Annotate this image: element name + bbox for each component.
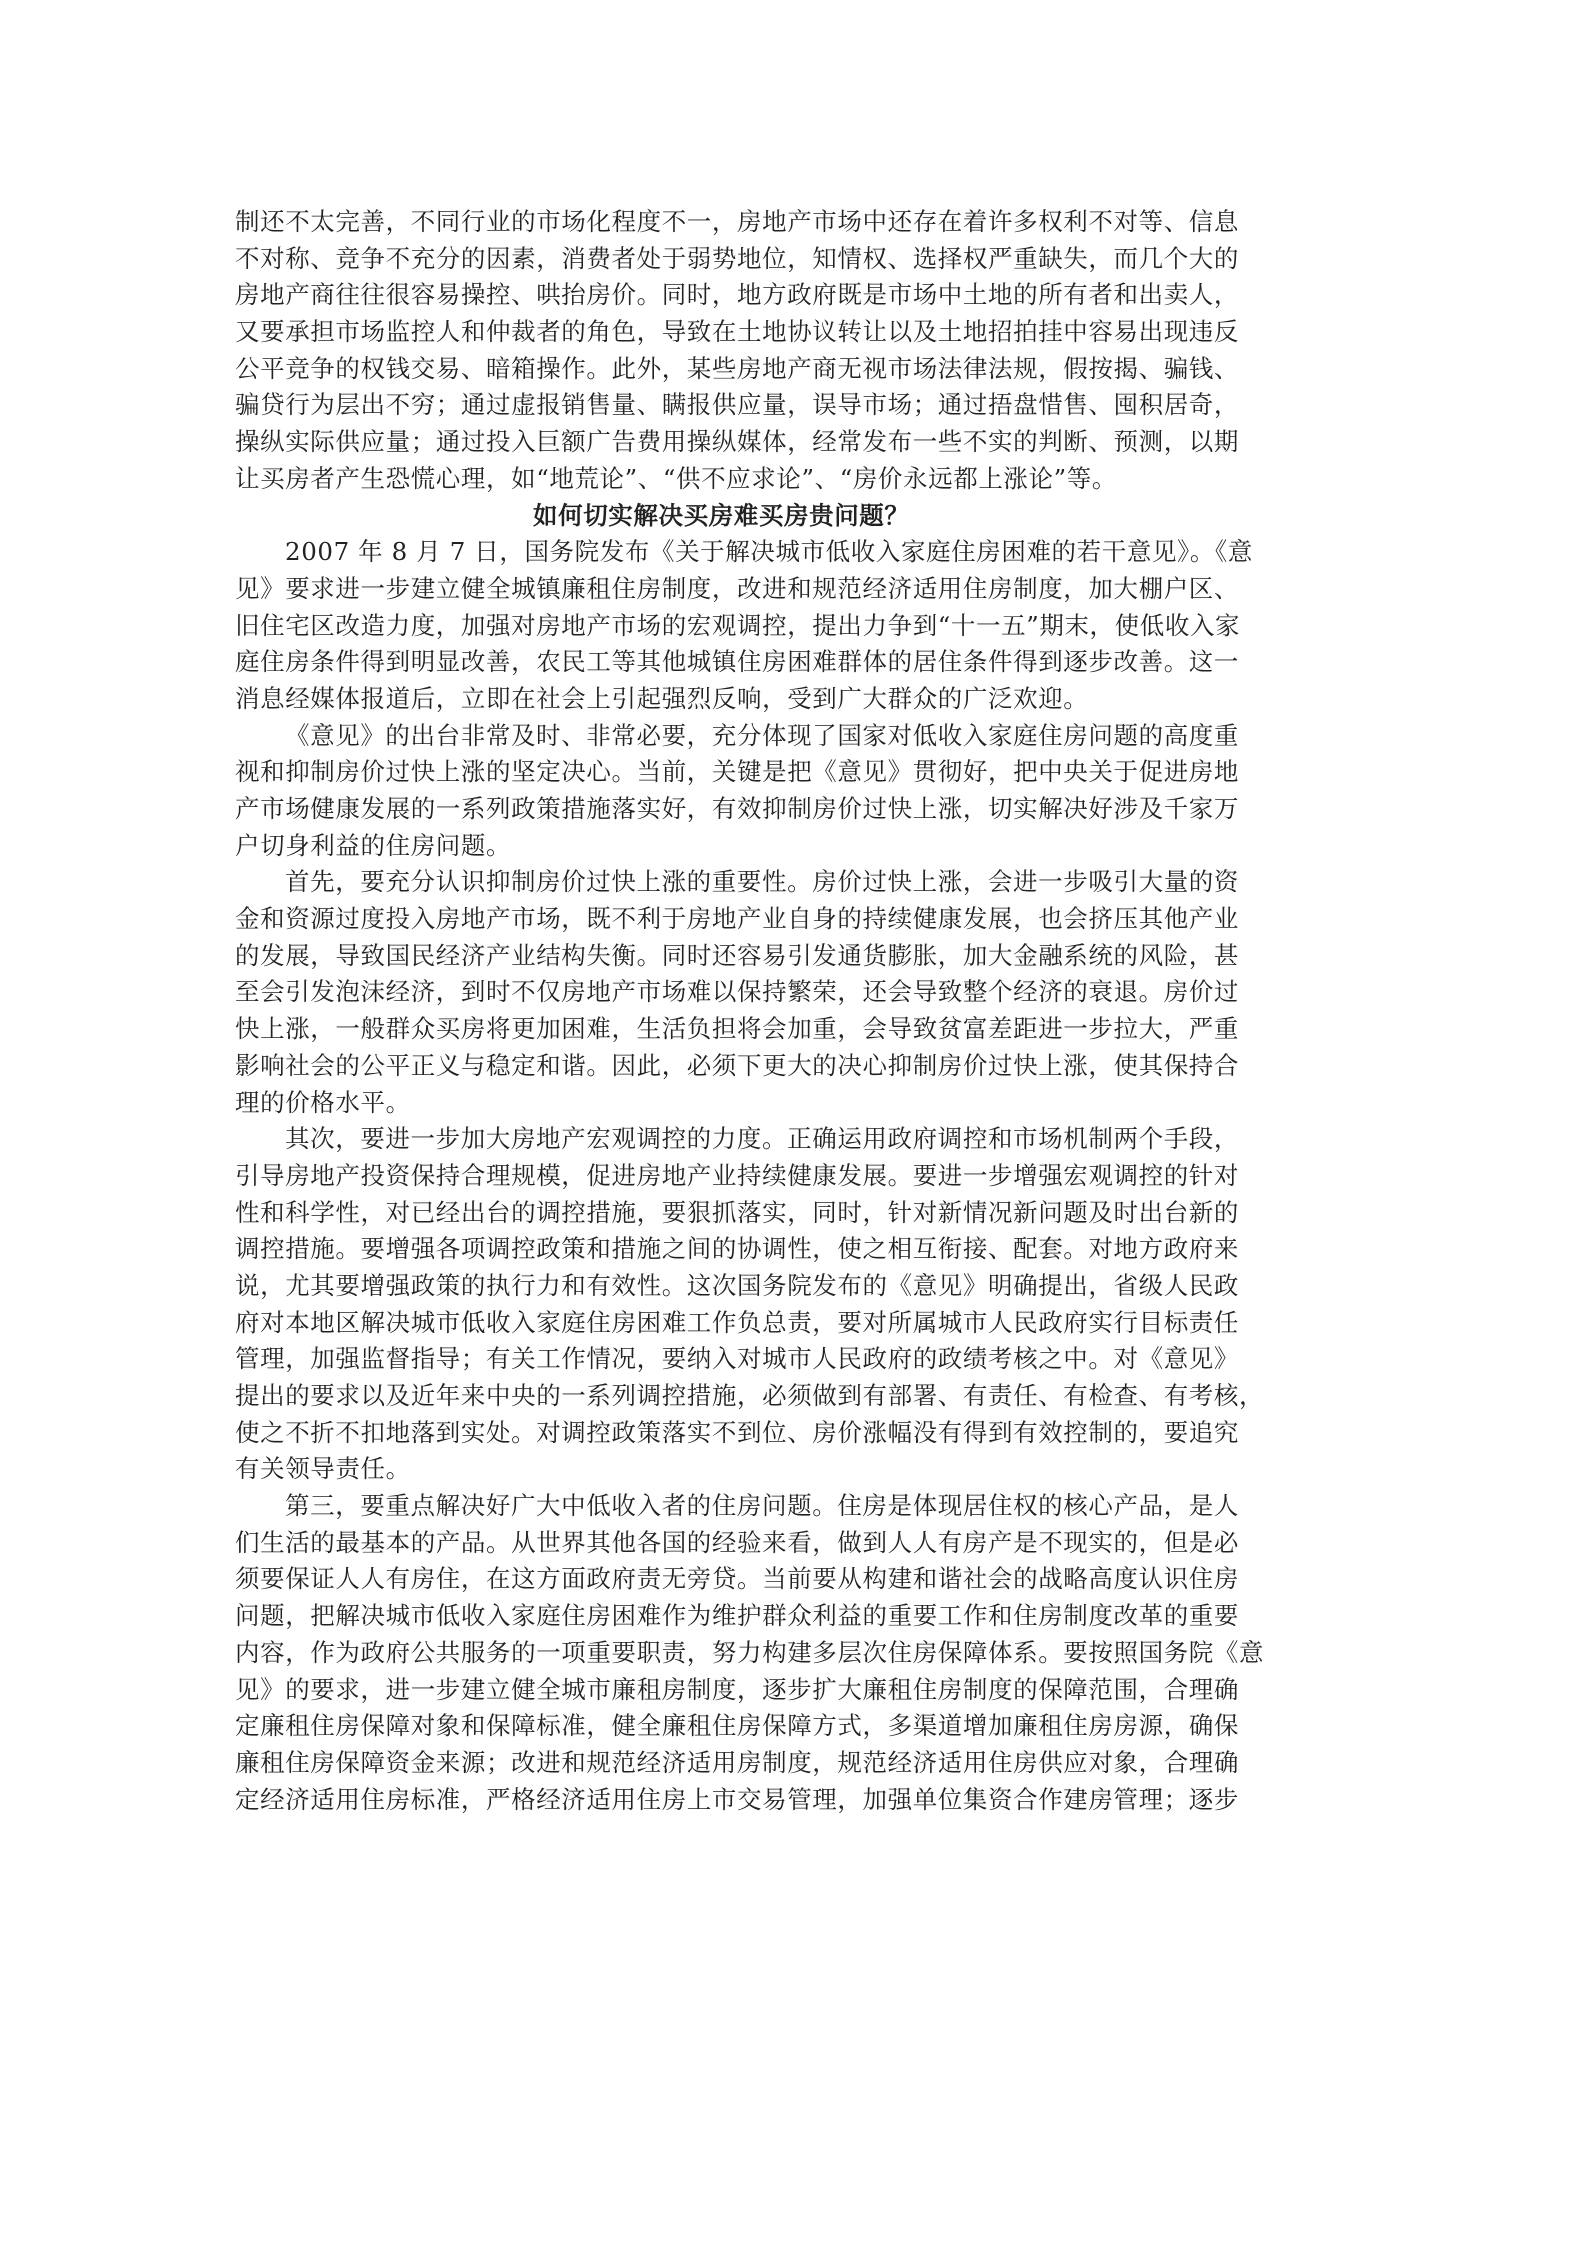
text-line: 调控措施。要增强各项调控政策和措施之间的协调性，使之相互衔接、配套。对地方政府来	[235, 1231, 1239, 1268]
paragraph: 制还不太完善，不同行业的市场化程度不一，房地产市场中还存在着许多权利不对等、信息…	[235, 204, 1239, 498]
text-line: 让买房者产生恐慌心理，如“地荒论”、“供不应求论”、“房价永远都上涨论”等。	[235, 461, 1239, 498]
paragraph: 其次，要进一步加大房地产宏观调控的力度。正确运用政府调控和市场机制两个手段， 引…	[235, 1121, 1239, 1488]
text-line: 提出的要求以及近年来中央的一系列调控措施，必须做到有部署、有责任、有检查、有考核…	[235, 1378, 1239, 1415]
text-line: 金和资源过度投入房地产市场，既不利于房地产业自身的持续健康发展，也会挤压其他产业	[235, 901, 1239, 938]
text-line: 说，尤其要增强政策的执行力和有效性。这次国务院发布的《意见》明确提出，省级人民政	[235, 1268, 1239, 1305]
text-line: 户切身利益的住房问题。	[235, 828, 1239, 865]
text-line: 有关领导责任。	[235, 1451, 1239, 1488]
text-line: 操纵实际供应量；通过投入巨额广告费用操纵媒体，经常发布一些不实的判断、预测，以期	[235, 424, 1239, 461]
text-line: 内容，作为政府公共服务的一项重要职责，努力构建多层次住房保障体系。要按照国务院《…	[235, 1635, 1239, 1672]
section-heading: 如何切实解决买房难买房贵问题？	[235, 498, 1239, 535]
text-line: 消息经媒体报道后，立即在社会上引起强烈反响，受到广大群众的广泛欢迎。	[235, 681, 1239, 718]
paragraph: 《意见》的出台非常及时、非常必要，充分体现了国家对低收入家庭住房问题的高度重 视…	[235, 718, 1239, 865]
text-line: 产市场健康发展的一系列政策措施落实好，有效抑制房价过快上涨，切实解决好涉及千家万	[235, 791, 1239, 828]
text-line: 旧住宅区改造力度，加强对房地产市场的宏观调控，提出力争到“十一五”期末，使低收入…	[235, 608, 1239, 645]
text-line: 影响社会的公平正义与稳定和谐。因此，必须下更大的决心抑制房价过快上涨，使其保持合	[235, 1048, 1239, 1085]
text-line: 定经济适用住房标准，严格经济适用住房上市交易管理，加强单位集资合作建房管理；逐步	[235, 1782, 1239, 1819]
text-line: 廉租住房保障资金来源；改进和规范经济适用房制度，规范经济适用住房供应对象，合理确	[235, 1745, 1239, 1782]
text-line: 引导房地产投资保持合理规模，促进房地产业持续健康发展。要进一步增强宏观调控的针对	[235, 1158, 1239, 1195]
text-line: 房地产商往往很容易操控、哄抬房价。同时，地方政府既是市场中土地的所有者和出卖人，	[235, 277, 1239, 314]
text-line: 《意见》的出台非常及时、非常必要，充分体现了国家对低收入家庭住房问题的高度重	[235, 718, 1239, 755]
text-line: 须要保证人人有房住，在这方面政府责无旁贷。当前要从构建和谐社会的战略高度认识住房	[235, 1561, 1239, 1598]
text-line: 2007 年 8 月 7 日，国务院发布《关于解决城市低收入家庭住房困难的若干意…	[235, 534, 1239, 571]
text-line: 问题，把解决城市低收入家庭住房困难作为维护群众利益的重要工作和住房制度改革的重要	[235, 1598, 1239, 1635]
paragraph: 第三，要重点解决好广大中低收入者的住房问题。住房是体现居住权的核心产品，是人 们…	[235, 1488, 1239, 1818]
text-line: 见》要求进一步建立健全城镇廉租住房制度，改进和规范经济适用住房制度，加大棚户区、	[235, 571, 1239, 608]
text-line: 见》的要求，进一步建立健全城市廉租房制度，逐步扩大廉租住房制度的保障范围，合理确	[235, 1672, 1239, 1709]
text-line: 的发展，导致国民经济产业结构失衡。同时还容易引发通货膨胀，加大金融系统的风险，甚	[235, 938, 1239, 975]
text-line: 首先，要充分认识抑制房价过快上涨的重要性。房价过快上涨，会进一步吸引大量的资	[235, 864, 1239, 901]
text-line: 理的价格水平。	[235, 1085, 1239, 1122]
paragraph: 首先，要充分认识抑制房价过快上涨的重要性。房价过快上涨，会进一步吸引大量的资 金…	[235, 864, 1239, 1121]
paragraph: 2007 年 8 月 7 日，国务院发布《关于解决城市低收入家庭住房困难的若干意…	[235, 534, 1239, 717]
text-line: 府对本地区解决城市低收入家庭住房困难工作负总责，要对所属城市人民政府实行目标责任	[235, 1305, 1239, 1342]
text-line: 制还不太完善，不同行业的市场化程度不一，房地产市场中还存在着许多权利不对等、信息	[235, 204, 1239, 241]
text-line: 使之不折不扣地落到实处。对调控政策落实不到位、房价涨幅没有得到有效控制的，要追究	[235, 1415, 1239, 1452]
text-line: 又要承担市场监控人和仲裁者的角色，导致在土地协议转让以及土地招拍挂中容易出现违反	[235, 314, 1239, 351]
text-line: 视和抑制房价过快上涨的坚定决心。当前，关键是把《意见》贯彻好，把中央关于促进房地	[235, 754, 1239, 791]
text-line: 快上涨，一般群众买房将更加困难，生活负担将会加重，会导致贫富差距进一步拉大，严重	[235, 1011, 1239, 1048]
text-line: 公平竞争的权钱交易、暗箱操作。此外，某些房地产商无视市场法律法规，假按揭、骗钱、	[235, 351, 1239, 388]
text-line: 至会引发泡沫经济，到时不仅房地产市场难以保持繁荣，还会导致整个经济的衰退。房价过	[235, 974, 1239, 1011]
document-page: 制还不太完善，不同行业的市场化程度不一，房地产市场中还存在着许多权利不对等、信息…	[235, 204, 1239, 1818]
text-line: 不对称、竞争不充分的因素，消费者处于弱势地位，知情权、选择权严重缺失，而几个大的	[235, 241, 1239, 278]
text-line: 们生活的最基本的产品。从世界其他各国的经验来看，做到人人有房产是不现实的，但是必	[235, 1525, 1239, 1562]
text-line: 骗贷行为层出不穷；通过虚报销售量、瞒报供应量，误导市场；通过捂盘惜售、囤积居奇，	[235, 387, 1239, 424]
text-line: 其次，要进一步加大房地产宏观调控的力度。正确运用政府调控和市场机制两个手段，	[235, 1121, 1239, 1158]
text-line: 定廉租住房保障对象和保障标准，健全廉租住房保障方式，多渠道增加廉租住房房源，确保	[235, 1708, 1239, 1745]
text-line: 管理，加强监督指导；有关工作情况，要纳入对城市人民政府的政绩考核之中。对《意见》	[235, 1341, 1239, 1378]
text-line: 第三，要重点解决好广大中低收入者的住房问题。住房是体现居住权的核心产品，是人	[235, 1488, 1239, 1525]
text-line: 庭住房条件得到明显改善，农民工等其他城镇住房困难群体的居住条件得到逐步改善。这一	[235, 644, 1239, 681]
text-line: 性和科学性，对已经出台的调控措施，要狠抓落实，同时，针对新情况新问题及时出台新的	[235, 1195, 1239, 1232]
